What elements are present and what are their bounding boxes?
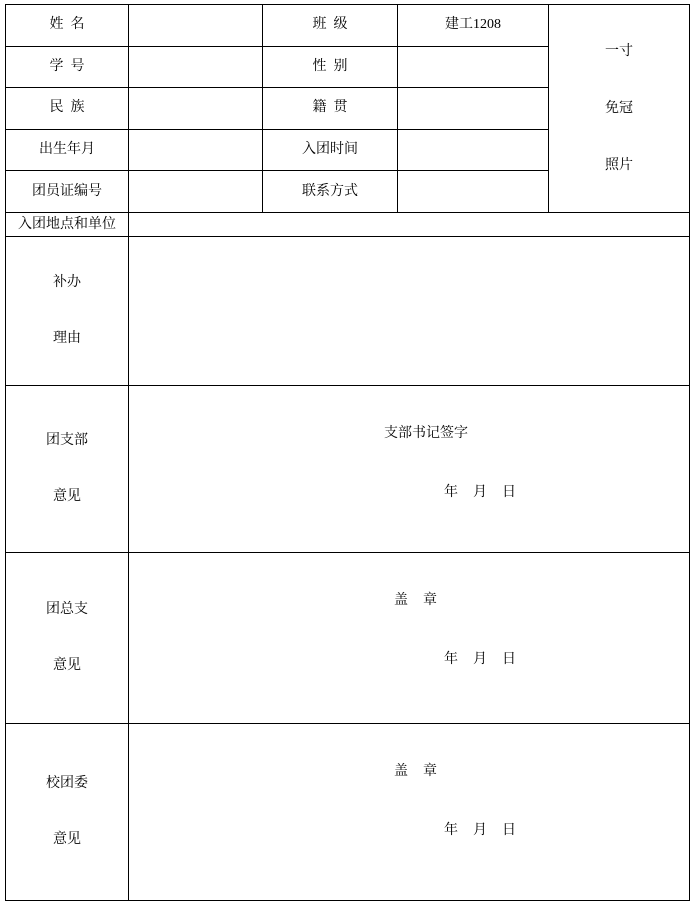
row-join-place: 入团地点和单位 [6,213,690,237]
native-place-label: 籍 贯 [263,88,398,130]
join-place-label: 入团地点和单位 [6,213,129,237]
branch-opinion-label-line2: 意见 [6,487,128,507]
general-branch-seal-label: 盖 章 [129,589,689,612]
name-field[interactable] [129,5,263,47]
join-time-label: 入团时间 [263,129,398,171]
reissue-reason-label: 补办 理由 [6,237,129,386]
general-branch-date-line: 年 月 日 [129,648,689,671]
branch-opinion-date-line: 年 月 日 [129,481,689,504]
row-branch-opinion: 团支部 意见 支部书记签字 年 月 日 [6,386,690,553]
row-school-committee-opinion: 校团委 意见 盖 章 年 月 日 [6,724,690,901]
birth-date-label: 出生年月 [6,129,129,171]
branch-opinion-field[interactable]: 支部书记签字 年 月 日 [129,386,690,553]
name-label: 姓 名 [6,5,129,47]
row-reissue-reason: 补办 理由 [6,237,690,386]
member-cert-no-label: 团员证编号 [6,171,129,213]
gender-label: 性 别 [263,46,398,88]
school-committee-opinion-label: 校团委 意见 [6,724,129,901]
general-branch-opinion-label: 团总支 意见 [6,553,129,724]
native-place-field[interactable] [398,88,549,130]
school-committee-seal-label: 盖 章 [129,760,689,783]
branch-opinion-label: 团支部 意见 [6,386,129,553]
branch-secretary-signature-label: 支部书记签字 [129,422,689,445]
join-time-field[interactable] [398,129,549,171]
school-committee-date-line: 年 月 日 [129,819,689,842]
general-branch-opinion-label-line2: 意见 [6,656,128,676]
birth-date-field[interactable] [129,129,263,171]
contact-field[interactable] [398,171,549,213]
reissue-reason-label-line2: 理由 [6,329,128,349]
class-label: 班 级 [263,5,398,47]
ethnicity-field[interactable] [129,88,263,130]
photo-box: 一寸 免冠 照片 [549,5,690,213]
reissue-reason-label-line1: 补办 [6,273,128,293]
row-general-branch-opinion: 团总支 意见 盖 章 年 月 日 [6,553,690,724]
school-committee-opinion-label-line1: 校团委 [6,774,128,794]
student-id-label: 学 号 [6,46,129,88]
member-cert-no-field[interactable] [129,171,263,213]
form-document: { "info_grid": { "rows": [ { "label_left… [0,0,693,596]
membership-form-table: 姓 名 班 级 建工1208 一寸 免冠 照片 学 号 性 别 民 族 籍 贯 … [5,4,690,901]
class-field[interactable]: 建工1208 [398,5,549,47]
branch-opinion-label-line1: 团支部 [6,431,128,451]
student-id-field[interactable] [129,46,263,88]
reissue-reason-field[interactable] [129,237,690,386]
photo-box-line-3: 照片 [549,155,689,176]
join-place-field[interactable] [129,213,690,237]
school-committee-opinion-label-line2: 意见 [6,830,128,850]
school-committee-opinion-field[interactable]: 盖 章 年 月 日 [129,724,690,901]
gender-field[interactable] [398,46,549,88]
row-name-class: 姓 名 班 级 建工1208 一寸 免冠 照片 [6,5,690,47]
contact-label: 联系方式 [263,171,398,213]
general-branch-opinion-label-line1: 团总支 [6,600,128,620]
general-branch-opinion-field[interactable]: 盖 章 年 月 日 [129,553,690,724]
ethnicity-label: 民 族 [6,88,129,130]
photo-box-line-2: 免冠 [549,98,689,119]
photo-box-line-1: 一寸 [549,41,689,62]
